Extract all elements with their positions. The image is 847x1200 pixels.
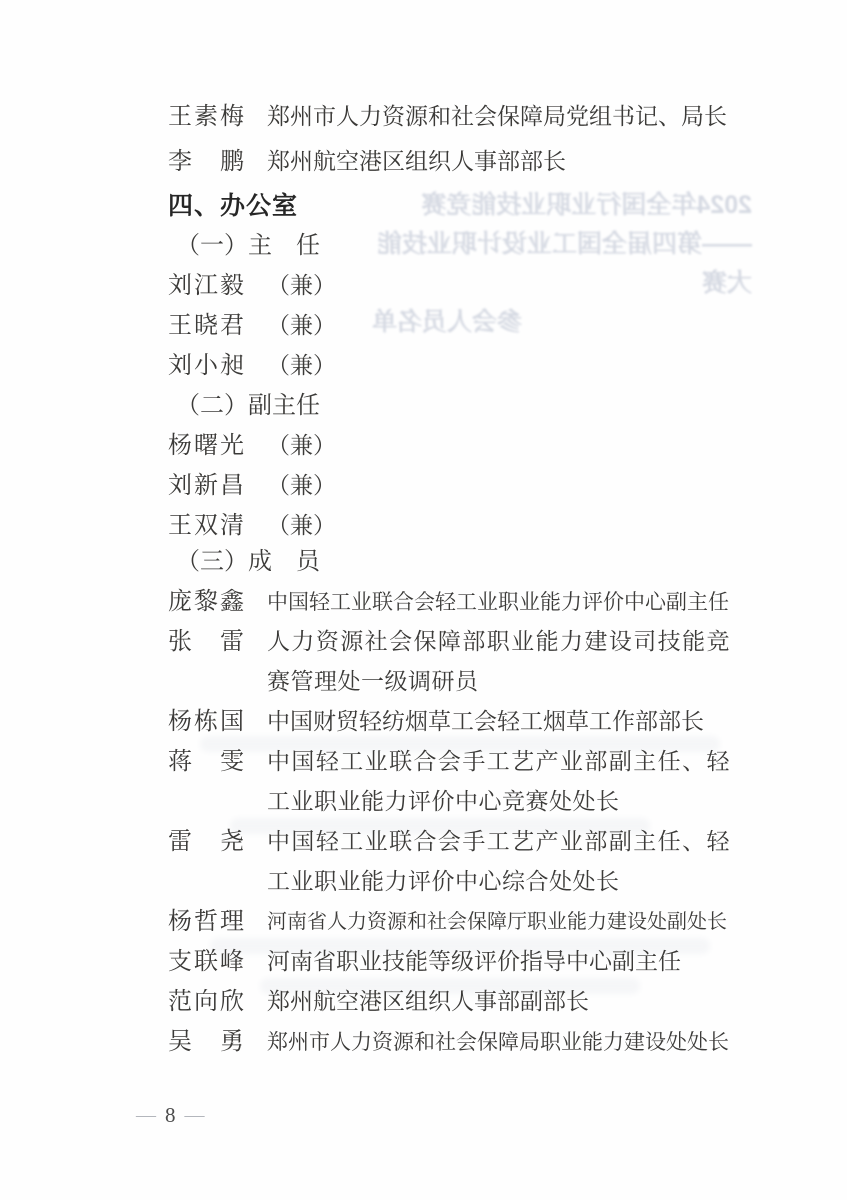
person-title: （兼） <box>267 306 730 346</box>
person-row: 李 鹏郑州航空港区组织人事部部长 <box>168 142 730 182</box>
person-name: 杨栋国 <box>168 702 267 742</box>
person-name: 张 雷 <box>168 622 267 662</box>
person-row: 王晓君（兼） <box>168 306 730 346</box>
person-title: 河南省职业技能等级评价指导中心副主任 <box>267 942 730 982</box>
person-row: 雷 尧中国轻工业联合会手工艺产业部副主任、轻工业职业能力评价中心综合处处长 <box>168 822 730 902</box>
page-number: — 8 — <box>136 1099 205 1131</box>
person-row: 刘新昌（兼） <box>168 466 730 506</box>
person-title: 中国轻工业联合会轻工业职业能力评价中心副主任 <box>267 582 730 622</box>
person-title: 人力资源社会保障部职业能力建设司技能竞赛管理处一级调研员 <box>267 622 730 702</box>
person-row: 王双清（兼） <box>168 506 730 546</box>
person-title: 中国轻工业联合会手工艺产业部副主任、轻工业职业能力评价中心综合处处长 <box>267 822 730 902</box>
person-row: 吴 勇郑州市人力资源和社会保障局职业能力建设处处长 <box>168 1022 730 1062</box>
page-number-dash-right: — <box>185 1099 205 1131</box>
subsection-title: （一）主 任 <box>168 226 730 266</box>
section-heading: 四、办公室 <box>168 186 730 226</box>
person-row: 杨栋国中国财贸轻纺烟草工会轻工烟草工作部部长 <box>168 702 730 742</box>
person-title: （兼） <box>267 266 730 306</box>
person-row: 范向欣郑州航空港区组织人事部副部长 <box>168 982 730 1022</box>
person-name: 刘新昌 <box>168 466 267 506</box>
page-number-value: 8 <box>165 1099 176 1131</box>
subsection-title: （二）副主任 <box>168 386 730 426</box>
person-name: 支联峰 <box>168 942 267 982</box>
person-name: 王双清 <box>168 506 267 546</box>
document-page: 2024年全国行业职业技能竞赛——第四届全国工业设计职业技能大赛参会人员名单 王… <box>0 0 847 1200</box>
person-title: 中国财贸轻纺烟草工会轻工烟草工作部部长 <box>267 702 730 742</box>
page-number-dash-left: — <box>136 1099 156 1131</box>
person-name: 李 鹏 <box>168 142 267 182</box>
person-row: 刘江毅（兼） <box>168 266 730 306</box>
person-name: 杨曙光 <box>168 426 267 466</box>
person-row: 张 雷人力资源社会保障部职业能力建设司技能竞赛管理处一级调研员 <box>168 622 730 702</box>
person-title: （兼） <box>267 466 730 506</box>
document-content: 王素梅郑州市人力资源和社会保障局党组书记、局长李 鹏郑州航空港区组织人事部部长 … <box>168 97 730 1062</box>
person-name: 蒋 雯 <box>168 742 267 782</box>
person-name: 吴 勇 <box>168 1022 267 1062</box>
person-title: （兼） <box>267 506 730 546</box>
person-row: 杨曙光（兼） <box>168 426 730 466</box>
person-title: 河南省人力资源和社会保障厅职业能力建设处副处长 <box>267 902 730 942</box>
person-name: 刘江毅 <box>168 266 267 306</box>
person-title: （兼） <box>267 346 730 386</box>
person-row: 支联峰河南省职业技能等级评价指导中心副主任 <box>168 942 730 982</box>
person-row: 杨哲理河南省人力资源和社会保障厅职业能力建设处副处长 <box>168 902 730 942</box>
person-title: 郑州市人力资源和社会保障局职业能力建设处处长 <box>267 1022 730 1062</box>
person-row: 庞黎鑫中国轻工业联合会轻工业职业能力评价中心副主任 <box>168 582 730 622</box>
intro-rows: 王素梅郑州市人力资源和社会保障局党组书记、局长李 鹏郑州航空港区组织人事部部长 <box>168 97 730 182</box>
person-title: 中国轻工业联合会手工艺产业部副主任、轻工业职业能力评价中心竞赛处处长 <box>267 742 730 822</box>
person-name: 庞黎鑫 <box>168 582 267 622</box>
person-name: 杨哲理 <box>168 902 267 942</box>
person-name: 范向欣 <box>168 982 267 1022</box>
person-name: 王素梅 <box>168 97 267 137</box>
person-row: 蒋 雯中国轻工业联合会手工艺产业部副主任、轻工业职业能力评价中心竞赛处处长 <box>168 742 730 822</box>
subsections: （一）主 任刘江毅（兼）王晓君（兼）刘小昶（兼）（二）副主任杨曙光（兼）刘新昌（… <box>168 226 730 1062</box>
person-title: （兼） <box>267 426 730 466</box>
person-title: 郑州航空港区组织人事部部长 <box>267 142 730 182</box>
person-row: 王素梅郑州市人力资源和社会保障局党组书记、局长 <box>168 97 730 137</box>
person-row: 刘小昶（兼） <box>168 346 730 386</box>
person-title: 郑州航空港区组织人事部副部长 <box>267 982 730 1022</box>
subsection-title: （三）成 员 <box>168 542 730 582</box>
person-name: 雷 尧 <box>168 822 267 862</box>
person-name: 刘小昶 <box>168 346 267 386</box>
person-title: 郑州市人力资源和社会保障局党组书记、局长 <box>267 97 730 137</box>
person-name: 王晓君 <box>168 306 267 346</box>
